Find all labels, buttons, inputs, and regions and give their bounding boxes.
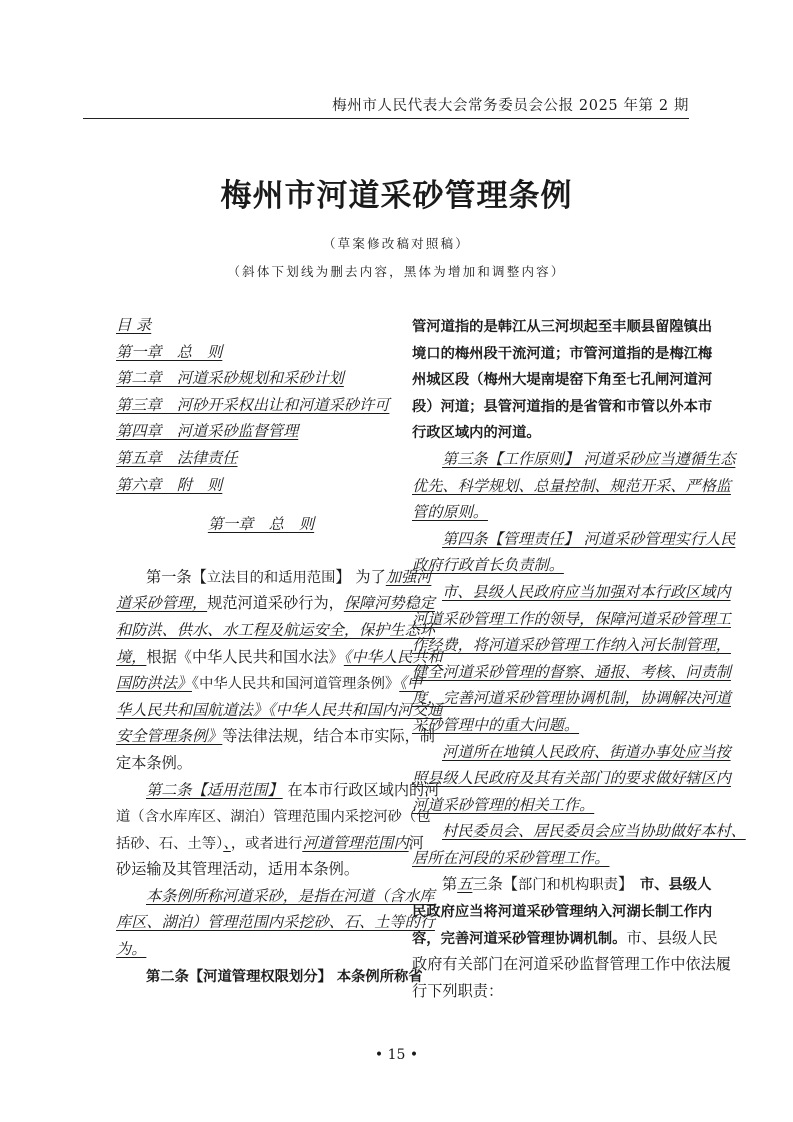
deleted-text: 健全河道采砂管理的督察、通报、考核、问责制 — [412, 663, 731, 681]
text: 第 — [442, 875, 457, 893]
deleted-text: 村民委员会、居民委员会应当协助做好本村、 — [442, 822, 746, 840]
toc-item[interactable]: 第五章 法律责任 — [116, 449, 238, 467]
deleted-text: 和防洪、供水、水工程及航运安全，保护生态环 — [116, 621, 435, 639]
deleted-text: 度，完善河道采砂管理协调机制，协调解决河道 — [412, 689, 731, 707]
added-text: 括砂、石、土等） — [116, 836, 223, 852]
added-text: ，或者进行 — [231, 836, 302, 852]
chapter-heading: 第一章 总 则 — [208, 515, 314, 533]
deleted-text: 第二条【适用范围】 — [146, 781, 283, 799]
text: 砂运输及其管理活动，适用本条例。 — [116, 860, 359, 878]
text: 】 为了 — [335, 568, 385, 586]
deleted-text: 河道采砂管理工作的领导，保障河道采砂管理工 — [412, 610, 731, 628]
right-column: 管河道指的是韩江从三河坝起至丰顺县留隍镇出 境口的梅州段干流河道；市管河道指的是… — [412, 313, 702, 1004]
text: 规范河道采砂行为， — [207, 594, 344, 612]
article-2-new: 第二条【河道管理权限划分】 本条例所称省 — [116, 963, 406, 990]
text: 根据《中华人民共和国水法》 — [146, 648, 343, 666]
toc-heading: 目 录 — [116, 316, 151, 334]
toc-item[interactable]: 第一章 总 则 — [116, 343, 222, 361]
deleted-text: 河道所在地镇人民政府、街道办事处应当按 — [442, 743, 731, 761]
deleted-text: 本条例所称河道采砂，是指在河道（含水库 — [146, 887, 435, 905]
article-4: 第四条【管理责任】 河道采砂管理实行人民 政府行政首长负责制。 市、县级人民政府… — [412, 526, 702, 872]
article-5: 第五三条【部门和机构职责】 市、县级人 民政府应当将河道采砂管理纳入河湖长制工作… — [412, 871, 702, 1004]
deleted-text: 第四条【管理责任】 河道采砂管理实行人民 — [442, 530, 735, 548]
deleted-text: 库区、湖泊）管理范围内采挖砂、石、土等的行 — [116, 913, 435, 931]
deleted-text: 道采砂管理， — [116, 594, 207, 612]
toc-item[interactable]: 第四章 河道采砂监督管理 — [116, 422, 298, 440]
added-text: 境口的梅州段干流河道；市管河道指的是梅江梅 — [412, 346, 712, 362]
document-subtitle: （草案修改稿对照稿） — [0, 234, 793, 252]
document-title: 梅州市河道采砂管理条例 — [0, 170, 793, 215]
deleted-text: 优先、科学规划、总量控制、规范开采、严格监 — [412, 477, 731, 495]
text: 定本条例。 — [116, 754, 192, 772]
deleted-text: 政府行政首长负责制。 — [412, 556, 564, 574]
header-divider — [83, 118, 689, 119]
deleted-text: 安全管理条例》 — [116, 727, 222, 745]
left-column: 目 录 第一章 总 则 第二章 河道采砂规划和采砂计划 第三章 河砂开采权出让和… — [116, 312, 406, 989]
added-text: 行政区域内的河道。 — [412, 425, 541, 441]
deleted-text: 境， — [116, 648, 146, 666]
added-text: 《中华人民共和国河道管理条例》 — [192, 676, 399, 692]
text: 】 — [618, 875, 626, 893]
text: 政府有关部门在河道采砂监督管理工作中依法履 — [412, 955, 731, 973]
legend-note: （斜体下划线为删去内容，黑体为增加和调整内容） — [0, 262, 793, 280]
deleted-text: 河道采砂管理的相关工作。 — [412, 796, 594, 814]
deleted-text: 第三条【工作原则】 河道采砂应当遵循生态 — [442, 450, 735, 468]
deleted-text: 管的原则。 — [412, 503, 488, 521]
article-2-new-continued: 管河道指的是韩江从三河坝起至丰顺县留隍镇出 境口的梅州段干流河道；市管河道指的是… — [412, 313, 702, 446]
article-caption: 立法目的和适用范围 — [207, 570, 336, 586]
text: 等法律法规，结合本市实际，制 — [222, 727, 435, 745]
deleted-text: 市、县级人民政府应当加强对本行政区域内 — [442, 583, 731, 601]
added-text: 市、县级人 — [626, 877, 712, 893]
deleted-text: 为。 — [116, 940, 146, 958]
added-text: 容，完善河道采砂管理协调机制。 — [412, 931, 626, 947]
page-number: • 15 • — [0, 1047, 793, 1063]
added-text: 民政府应当将河道采砂管理纳入河湖长制工作内 — [412, 904, 712, 920]
deleted-text: 、 — [223, 834, 231, 852]
article-2: 第二条【适用范围】 在本市行政区域内的河 道（含水库库区、湖泊）管理范围内采挖河… — [116, 777, 406, 963]
text: 三条【 — [472, 875, 518, 893]
deleted-text: 五 — [457, 875, 472, 893]
deleted-text: 河道管理范围内 — [302, 834, 408, 852]
added-text: 州城区段（梅州大堤南堤窑下角至七孔闸河道河 — [412, 372, 712, 388]
running-header: 梅州市人民代表大会常务委员会公报 2025 年第 2 期 — [83, 94, 689, 115]
deleted-text: 作经费，将河道采砂管理工作纳入河长制管理， — [412, 636, 731, 654]
article-caption: 部门和机构职责 — [518, 877, 618, 893]
article-1: 第一条【立法目的和适用范围】 为了加强河 道采砂管理，规范河道采砂行为，保障河势… — [116, 564, 406, 777]
deleted-text: 居所在河段的采砂管理工作。 — [412, 849, 609, 867]
article-label: 第一条【 — [146, 568, 207, 586]
deleted-text: 国防洪法》 — [116, 674, 192, 692]
article-3: 第三条【工作原则】 河道采砂应当遵循生态 优先、科学规划、总量控制、规范开采、严… — [412, 446, 702, 526]
deleted-text: 照县级人民政府及其有关部门的要求做好辖区内 — [412, 769, 731, 787]
text: 市、县级人民 — [626, 929, 717, 947]
added-text: 道（含水库库区、湖泊）管理范围内采挖河砂（包 — [116, 809, 431, 825]
text: 行下列职责： — [412, 982, 503, 1000]
added-text: 段）河道；县管河道指的是省管和市管以外本市 — [412, 399, 712, 415]
added-text: 管河道指的是韩江从三河坝起至丰顺县留隍镇出 — [412, 319, 712, 335]
toc-item[interactable]: 第二章 河道采砂规划和采砂计划 — [116, 369, 344, 387]
toc-item[interactable]: 第三章 河砂开采权出让和河道采砂许可 — [116, 396, 389, 414]
deleted-text: 采砂管理中的重大问题。 — [412, 716, 579, 734]
table-of-contents: 目 录 第一章 总 则 第二章 河道采砂规划和采砂计划 第三章 河砂开采权出让和… — [116, 312, 406, 498]
deleted-text: 华人民共和国航道法》《中华人民共和国内河交通 — [116, 701, 443, 719]
toc-item[interactable]: 第六章 附 则 — [116, 476, 222, 494]
added-text: 第二条【河道管理权限划分】 本条例所称省 — [146, 969, 423, 985]
